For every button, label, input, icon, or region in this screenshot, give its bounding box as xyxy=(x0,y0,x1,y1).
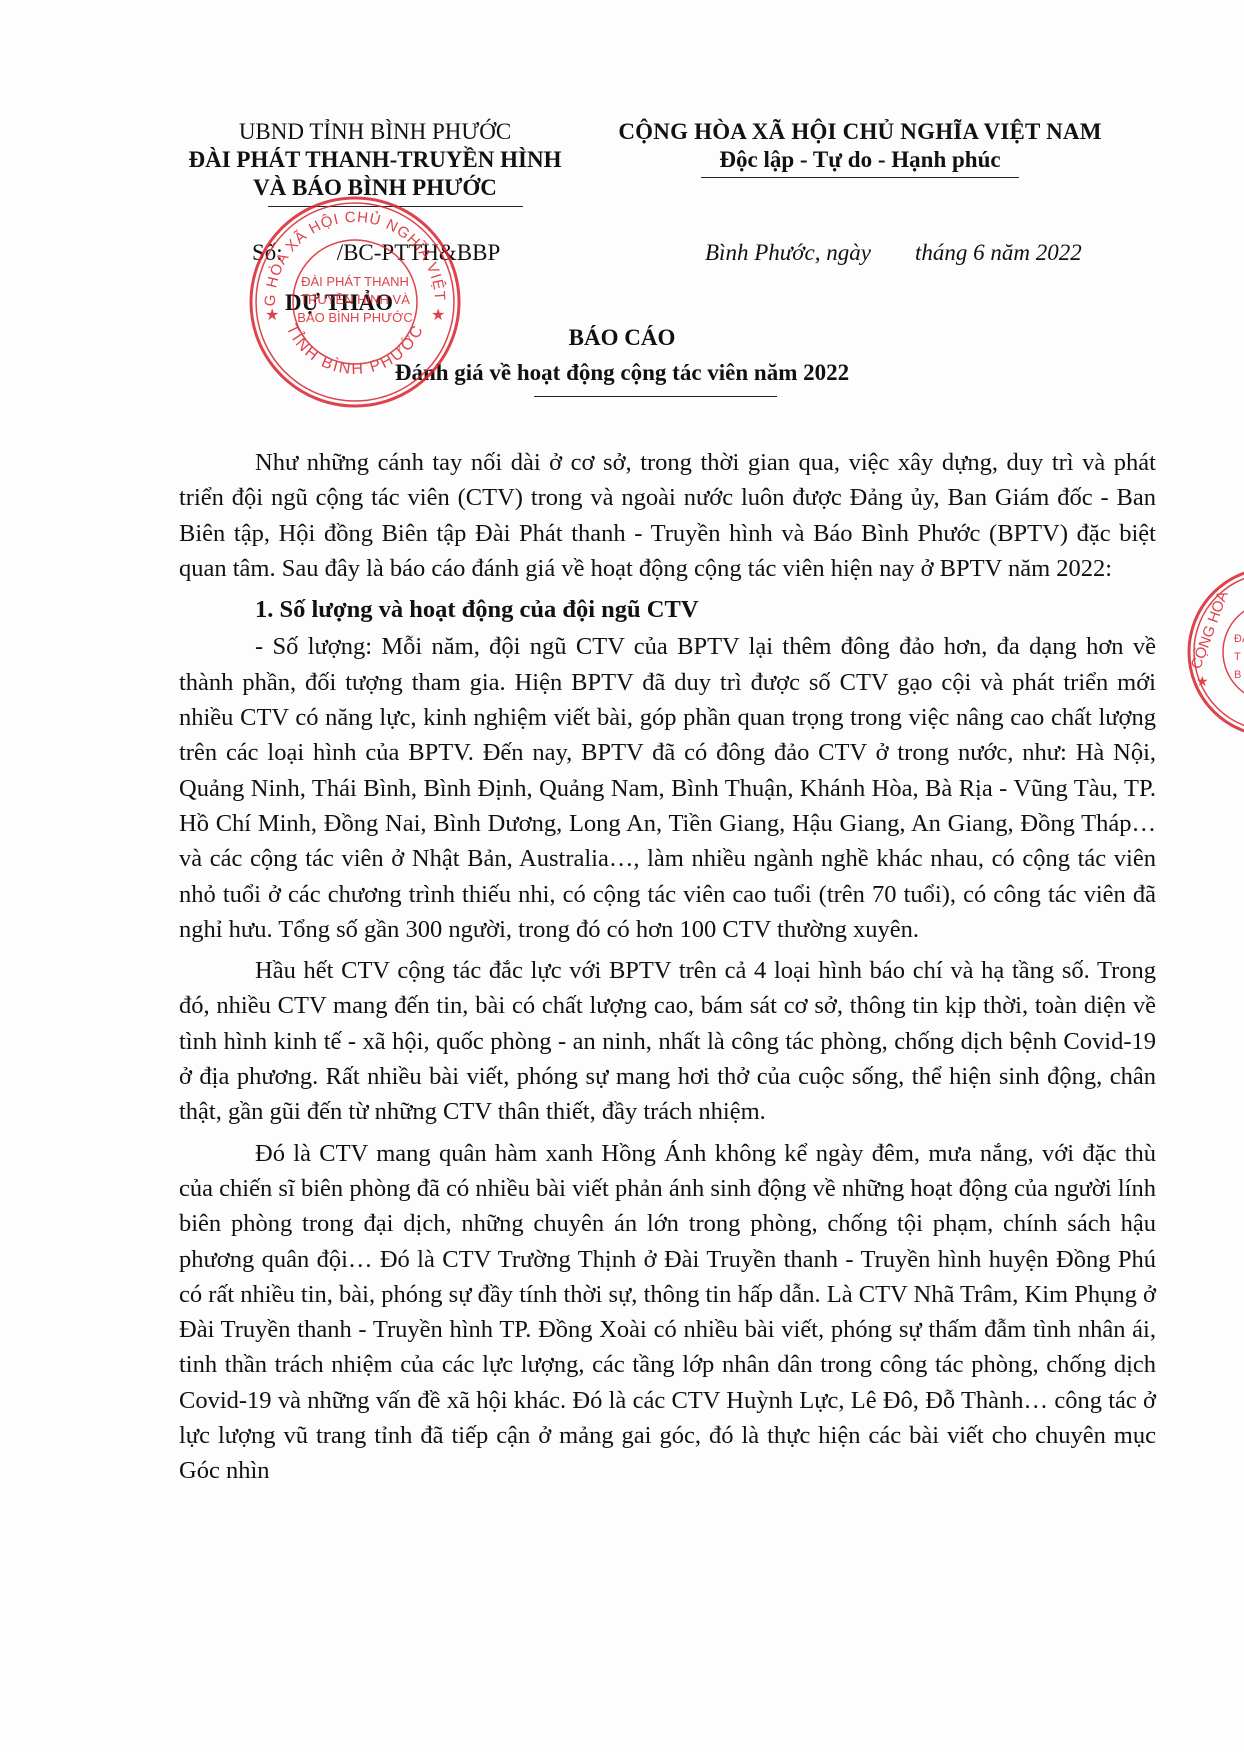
stamp-outer-top: CỘNG HÒA XÃ HỘI CHỦ NGHĨA VIỆT NAM xyxy=(245,192,448,307)
paragraph-quantity: - Số lượng: Mỗi năm, đội ngũ CTV của BPT… xyxy=(179,629,1156,947)
place-date-b: tháng 6 năm 2022 xyxy=(915,240,1082,265)
report-body: Như những cánh tay nối dài ở cơ sở, tron… xyxy=(179,445,1156,1489)
stamp-star-left-icon: ★ xyxy=(265,307,279,324)
svg-text:ĐÀ: ĐÀ xyxy=(1234,632,1244,645)
motto-underline xyxy=(701,177,1019,178)
paragraph-examples: Đó là CTV mang quân hàm xanh Hồng Ánh kh… xyxy=(179,1136,1156,1489)
stamp-inner-1: ĐÀI PHÁT THANH xyxy=(301,274,409,289)
svg-text:CỘNG HÒA: CỘNG HÒA xyxy=(1188,589,1232,672)
country-name: CỘNG HÒA XÃ HỘI CHỦ NGHĨA VIỆT NAM xyxy=(590,118,1130,146)
svg-text:T: T xyxy=(1234,651,1241,663)
stamp-outer-bottom: TỈNH BÌNH PHƯỚC xyxy=(283,322,428,378)
partial-seal-stamp-right-edge: CỘNG HÒA ★ ĐÀ T B xyxy=(1178,560,1244,740)
stamp-inner-2: TRUYỀN HÌNH VÀ xyxy=(300,292,410,307)
svg-text:B: B xyxy=(1234,669,1241,681)
report-title: BÁO CÁO xyxy=(0,325,1244,351)
official-seal-stamp: CỘNG HÒA XÃ HỘI CHỦ NGHĨA VIỆT NAM TỈNH … xyxy=(245,192,465,412)
svg-text:CỘNG HÒA XÃ HỘI CHỦ NGHĨA VIỆT: CỘNG HÒA XÃ HỘI CHỦ NGHĨA VIỆT NAM xyxy=(245,192,448,307)
agency-name-line1: ĐÀI PHÁT THANH-TRUYỀN HÌNH xyxy=(150,146,600,174)
report-subtitle: Đánh giá về hoạt động cộng tác viên năm … xyxy=(0,360,1244,386)
stamp-star-icon: ★ xyxy=(1196,673,1209,689)
place-date-a: Bình Phước, ngày xyxy=(705,240,871,265)
stamp-inner-3: BÁO BÌNH PHƯỚC xyxy=(297,310,412,325)
national-motto-block: CỘNG HÒA XÃ HỘI CHỦ NGHĨA VIỆT NAM Độc l… xyxy=(590,118,1130,178)
svg-text:TỈNH BÌNH PHƯỚC: TỈNH BÌNH PHƯỚC xyxy=(283,322,428,378)
intro-paragraph: Như những cánh tay nối dài ở cơ sở, tron… xyxy=(179,445,1156,586)
place-and-date: Bình Phước, ngàytháng 6 năm 2022 xyxy=(705,240,1082,266)
paragraph-activities: Hầu hết CTV cộng tác đắc lực với BPTV tr… xyxy=(179,953,1156,1129)
subtitle-underline xyxy=(534,396,777,397)
stamp-star-right-icon: ★ xyxy=(431,307,445,324)
motto: Độc lập - Tự do - Hạnh phúc xyxy=(590,146,1130,174)
section-1-heading: 1. Số lượng và hoạt động của đội ngũ CTV xyxy=(179,592,1156,627)
agency-parent: UBND TỈNH BÌNH PHƯỚC xyxy=(150,118,600,146)
